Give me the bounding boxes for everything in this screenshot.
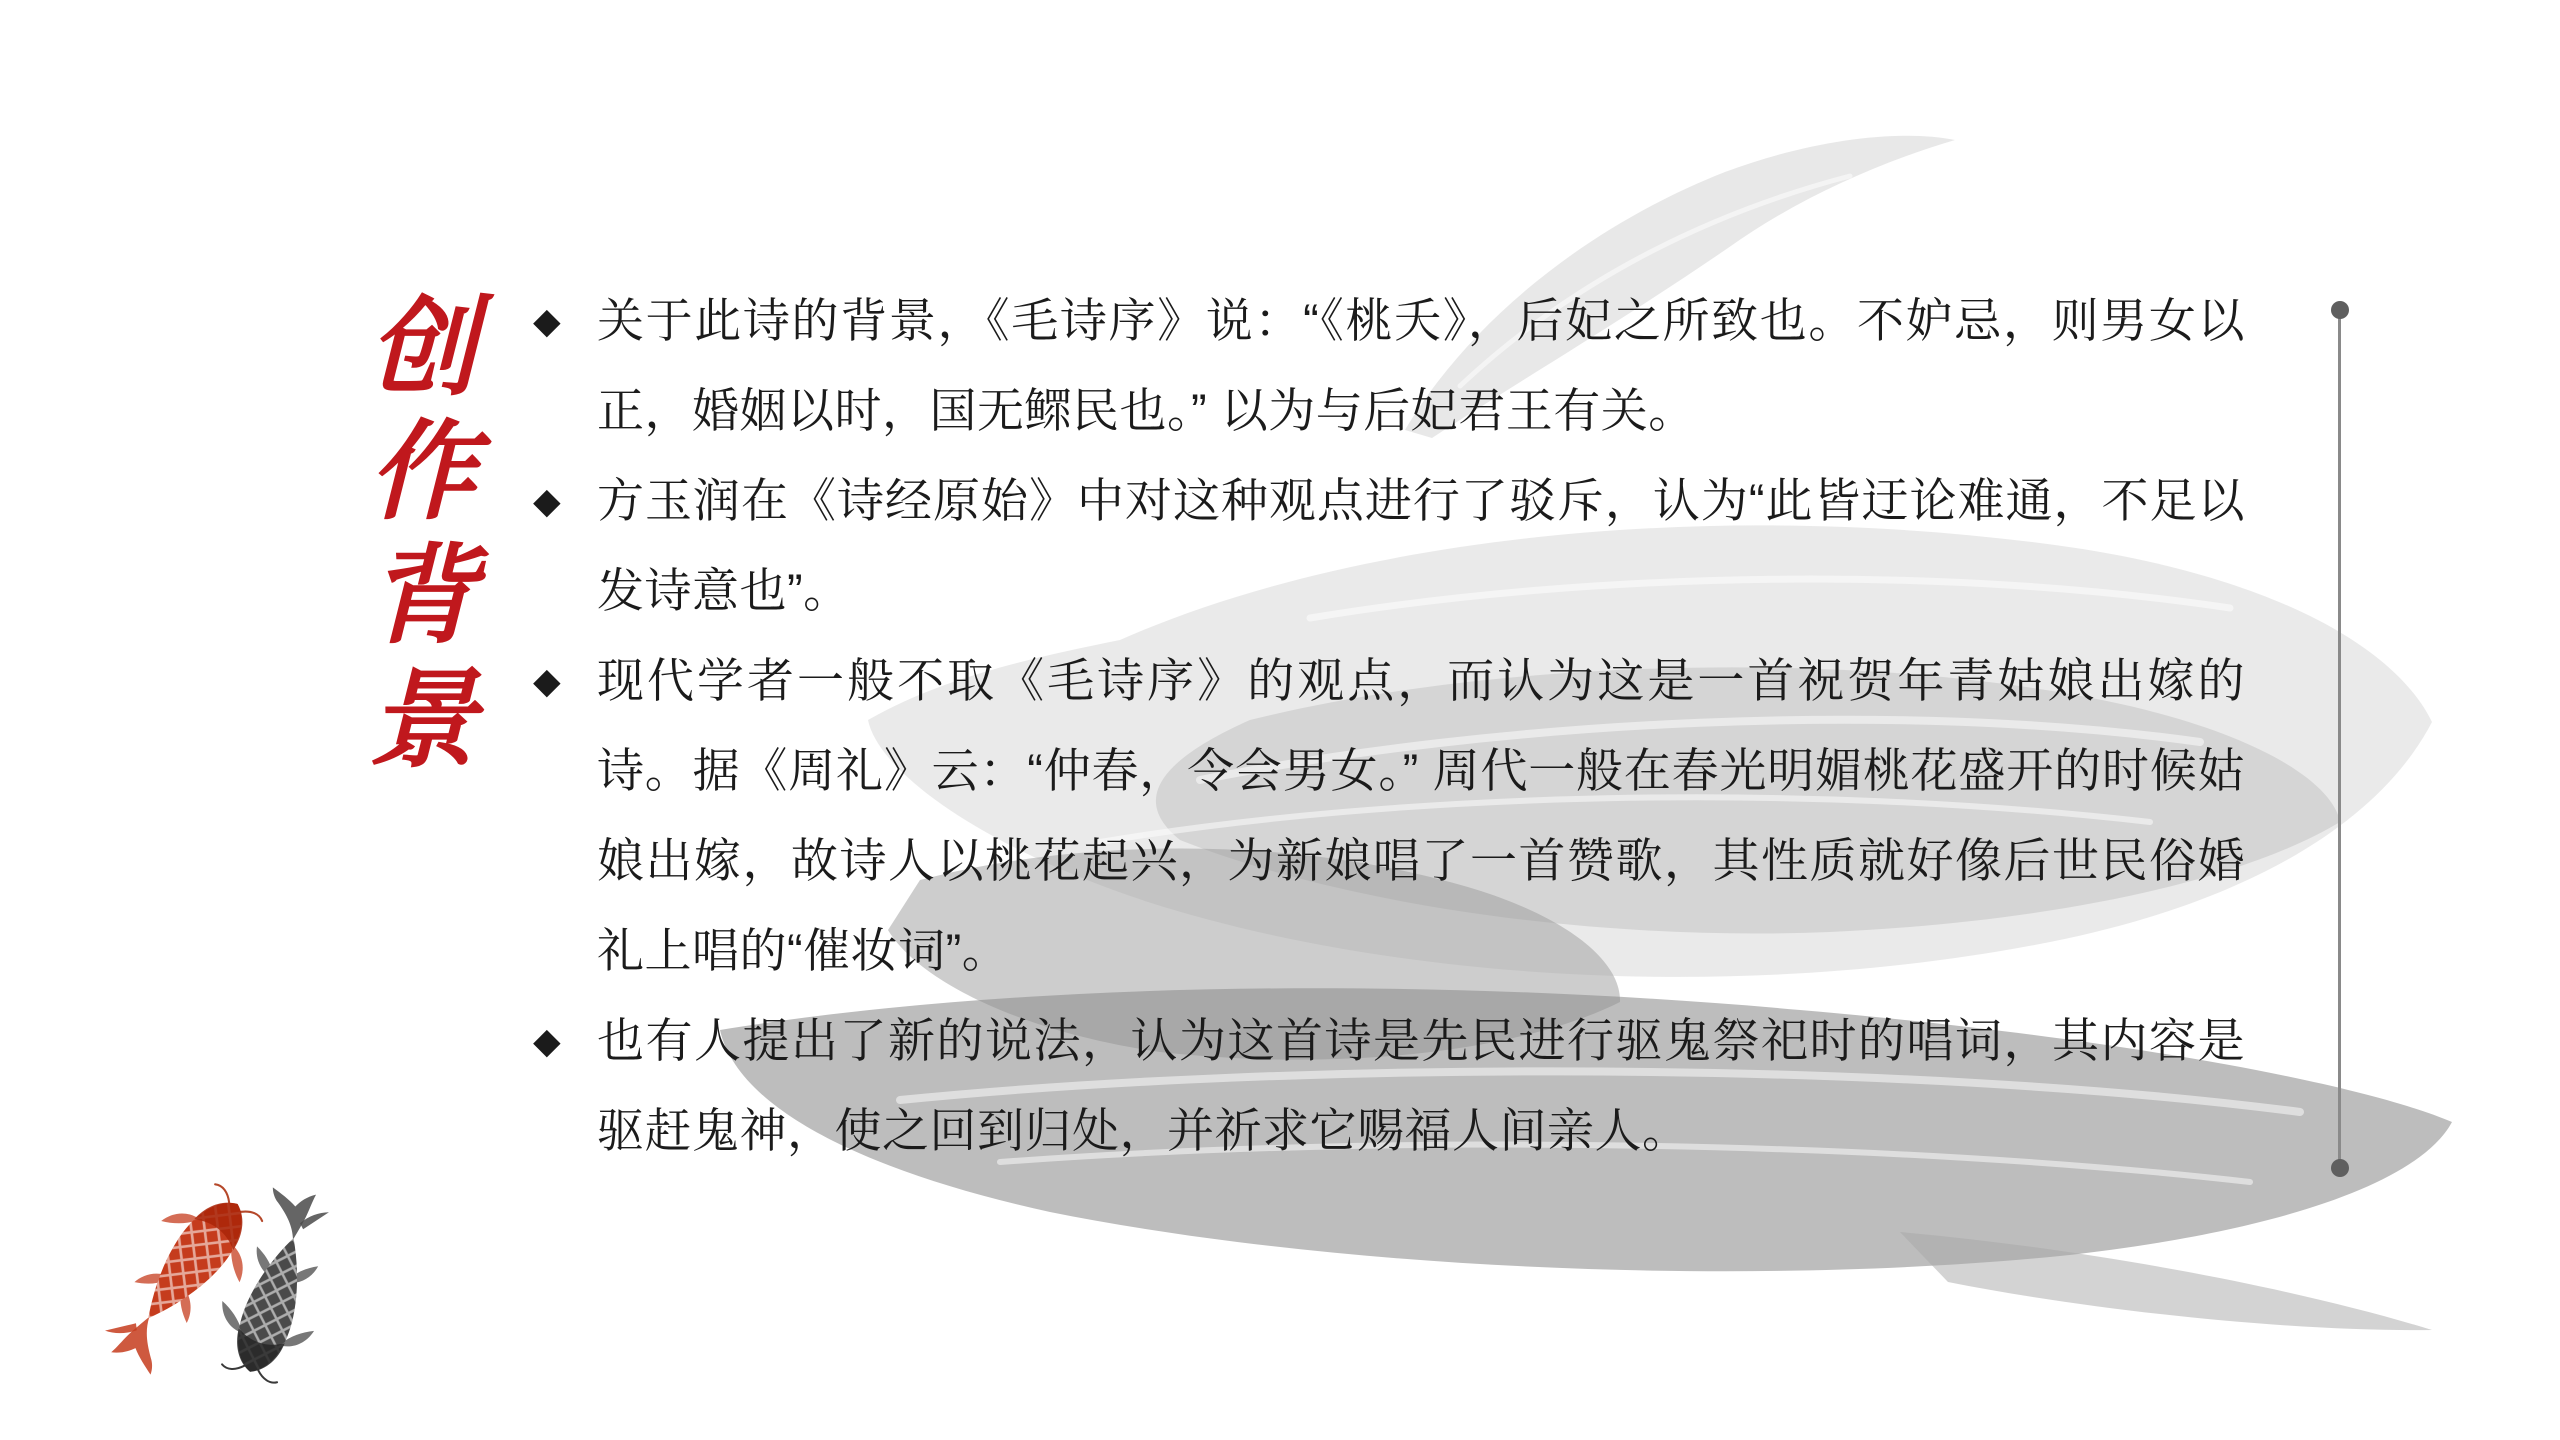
bullet-diamond-icon: ◆ [533,276,597,366]
bullet-text: 也有人提出了新的说法，认为这首诗是先民进行驱鬼祭祀时的唱词，其内容是驱赶鬼神，使… [597,996,2245,1176]
bullet-item: ◆ 现代学者一般不取《毛诗序》的观点，而认为这是一首祝贺年青姑娘出嫁的诗。据《周… [533,636,2245,996]
divider-top-dot [2331,301,2349,319]
bullet-diamond-icon: ◆ [533,996,597,1086]
ink-stroke-tail [1900,1232,2432,1330]
slide-title: 创作背景 [336,290,491,810]
bullet-item: ◆ 方玉润在《诗经原始》中对这种观点进行了驳斥，认为“此皆迂论难通，不足以发诗意… [533,456,2245,636]
bullet-item: ◆ 关于此诗的背景，《毛诗序》说：“《桃夭》，后妃之所致也。不妒忌，则男女以正，… [533,276,2245,456]
bullet-diamond-icon: ◆ [533,636,597,726]
bullet-text: 现代学者一般不取《毛诗序》的观点，而认为这是一首祝贺年青姑娘出嫁的诗。据《周礼》… [597,636,2245,996]
divider-bottom-dot [2331,1159,2349,1177]
bullet-text: 方玉润在《诗经原始》中对这种观点进行了驳斥，认为“此皆迂论难通，不足以发诗意也”… [597,456,2245,636]
bullet-text: 关于此诗的背景，《毛诗序》说：“《桃夭》，后妃之所致也。不妒忌，则男女以正，婚姻… [597,276,2245,456]
slide-canvas: 创作背景 ◆ 关于此诗的背景，《毛诗序》说：“《桃夭》，后妃之所致也。不妒忌，则… [0,0,2560,1440]
bullet-diamond-icon: ◆ [533,456,597,546]
bullet-list: ◆ 关于此诗的背景，《毛诗序》说：“《桃夭》，后妃之所致也。不妒忌，则男女以正，… [533,276,2245,1176]
koi-fish-illustration [28,1092,400,1440]
bullet-item: ◆ 也有人提出了新的说法，认为这首诗是先民进行驱鬼祭祀时的唱词，其内容是驱赶鬼神… [533,996,2245,1176]
right-divider-line [2338,310,2341,1168]
